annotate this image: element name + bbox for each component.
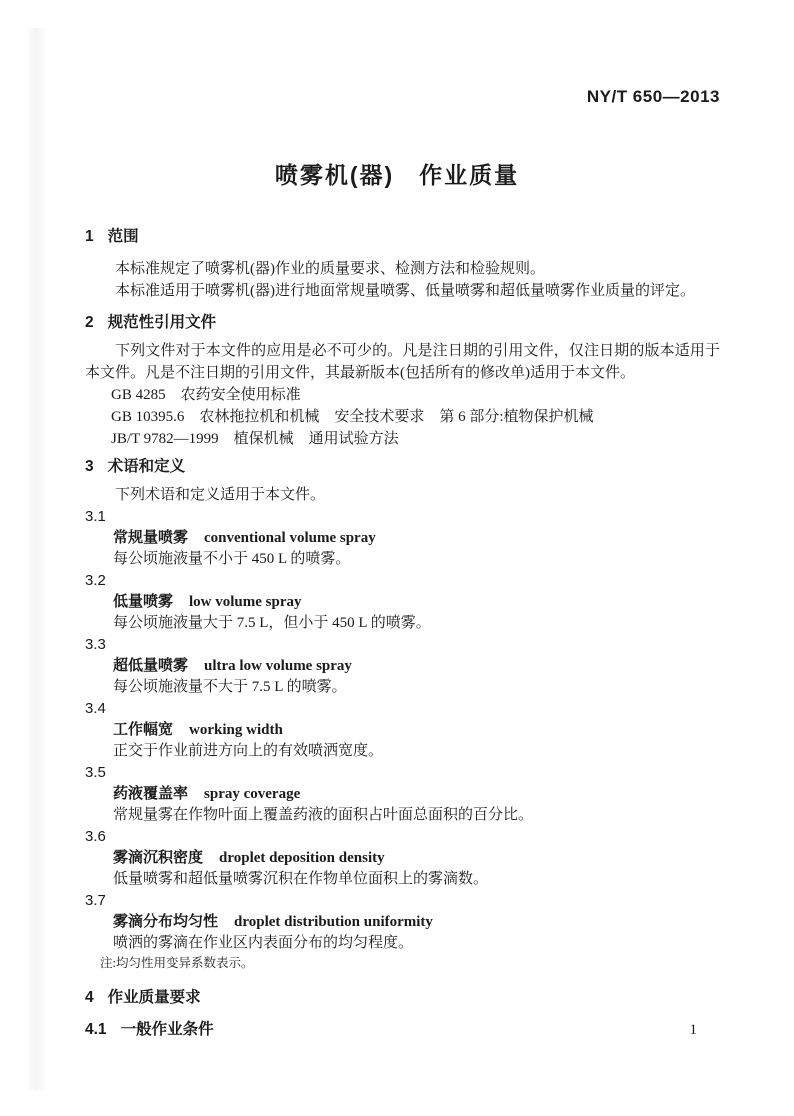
section-4-number: 4 [85, 989, 94, 1006]
section-4-title: 作业质量要求 [108, 989, 201, 1006]
term-block: 3.7 雾滴分布均匀性droplet distribution uniformi… [85, 890, 720, 973]
term-name-en: low volume spray [189, 594, 302, 610]
term-name: 超低量喷雾ultra low volume spray [113, 655, 720, 677]
term-block: 3.2 低量喷雾low volume spray 每公顷施液量大于 7.5 L，… [85, 570, 720, 634]
term-name-zh: 雾滴沉积密度 [113, 849, 203, 866]
section-1-paragraph-2: 本标准适用于喷雾机(器)进行地面常规量喷雾、低量喷雾和超低量喷雾作业质量的评定。 [85, 280, 720, 302]
section-1-paragraph-1: 本标准规定了喷雾机(器)作业的质量要求、检测方法和检验规则。 [85, 258, 720, 280]
term-name-en: spray coverage [204, 786, 300, 802]
section-2-number: 2 [85, 314, 94, 331]
term-name: 低量喷雾low volume spray [113, 591, 720, 613]
term-name: 工作幅宽working width [113, 719, 720, 741]
term-number: 3.5 [85, 762, 720, 783]
section-1-number: 1 [85, 228, 94, 245]
term-name-zh: 常规量喷雾 [113, 529, 188, 546]
term-name-en: working width [189, 722, 283, 738]
term-name-zh: 雾滴分布均匀性 [113, 913, 218, 930]
section-3-title: 术语和定义 [108, 458, 186, 475]
term-definition: 每公顷施液量大于 7.5 L，但小于 450 L 的喷雾。 [113, 613, 720, 634]
term-name: 常规量喷雾conventional volume spray [113, 527, 720, 549]
term-name-en: droplet deposition density [219, 850, 385, 866]
section-1-heading: 1范围 [85, 226, 720, 248]
term-definition: 正交于作业前进方向上的有效喷洒宽度。 [113, 741, 720, 762]
section-3-heading: 3术语和定义 [85, 456, 720, 478]
term-definition: 每公顷施液量不小于 450 L 的喷雾。 [113, 549, 720, 570]
term-block: 3.6 雾滴沉积密度droplet deposition density 低量喷… [85, 826, 720, 890]
term-name: 雾滴分布均匀性droplet distribution uniformity [113, 911, 720, 933]
section-4-1-heading: 4.1一般作业条件 [85, 1019, 720, 1041]
section-4-1-number: 4.1 [85, 1021, 107, 1038]
reference-item: GB 4285 农药安全使用标准 [111, 384, 720, 406]
term-block: 3.4 工作幅宽working width 正交于作业前进方向上的有效喷洒宽度。 [85, 698, 720, 762]
term-number: 3.3 [85, 634, 720, 655]
document-body: 1范围 本标准规定了喷雾机(器)作业的质量要求、检测方法和检验规则。 本标准适用… [0, 226, 794, 1041]
term-block: 3.3 超低量喷雾ultra low volume spray 每公顷施液量不大… [85, 634, 720, 698]
term-block: 3.1 常规量喷雾conventional volume spray 每公顷施液… [85, 506, 720, 570]
section-2-heading: 2规范性引用文件 [85, 312, 720, 334]
term-name: 雾滴沉积密度droplet deposition density [113, 847, 720, 869]
term-name-zh: 药液覆盖率 [113, 785, 188, 802]
term-definition: 低量喷雾和超低量喷雾沉积在作物单位面积上的雾滴数。 [113, 869, 720, 890]
reference-item: JB/T 9782—1999 植保机械 通用试验方法 [111, 428, 720, 450]
section-1-title: 范围 [108, 228, 139, 245]
term-note: 注:均匀性用变异系数表示。 [100, 954, 720, 973]
section-4-heading: 4作业质量要求 [85, 987, 720, 1009]
term-definition: 喷洒的雾滴在作业区内表面分布的均匀程度。 [113, 933, 720, 954]
term-number: 3.1 [85, 506, 720, 527]
term-number: 3.7 [85, 890, 720, 911]
term-name-en: conventional volume spray [204, 530, 376, 546]
section-3-number: 3 [85, 458, 94, 475]
reference-item: GB 10395.6 农林拖拉机和机械 安全技术要求 第 6 部分:植物保护机械 [111, 406, 720, 428]
term-name-zh: 工作幅宽 [113, 721, 173, 738]
term-name: 药液覆盖率spray coverage [113, 783, 720, 805]
document-page: NY/T 650—2013 喷雾机(器) 作业质量 1范围 本标准规定了喷雾机(… [0, 0, 794, 1116]
term-name-zh: 低量喷雾 [113, 593, 173, 610]
document-title: 喷雾机(器) 作业质量 [0, 162, 794, 188]
section-3-intro: 下列术语和定义适用于本文件。 [85, 484, 720, 506]
term-number: 3.6 [85, 826, 720, 847]
section-2-intro: 下列文件对于本文件的应用是必不可少的。凡是注日期的引用文件，仅注日期的版本适用于… [85, 340, 720, 384]
term-definition: 常规量雾在作物叶面上覆盖药液的面积占叶面总面积的百分比。 [113, 805, 720, 826]
term-name-zh: 超低量喷雾 [113, 657, 188, 674]
section-4-1-title: 一般作业条件 [121, 1021, 214, 1038]
standard-code: NY/T 650—2013 [0, 0, 794, 106]
term-number: 3.4 [85, 698, 720, 719]
page-number: 1 [690, 1022, 698, 1038]
term-number: 3.2 [85, 570, 720, 591]
term-definition: 每公顷施液量不大于 7.5 L 的喷雾。 [113, 677, 720, 698]
section-2-title: 规范性引用文件 [108, 314, 217, 331]
term-name-en: ultra low volume spray [204, 658, 352, 674]
term-block: 3.5 药液覆盖率spray coverage 常规量雾在作物叶面上覆盖药液的面… [85, 762, 720, 826]
term-name-en: droplet distribution uniformity [234, 914, 433, 930]
